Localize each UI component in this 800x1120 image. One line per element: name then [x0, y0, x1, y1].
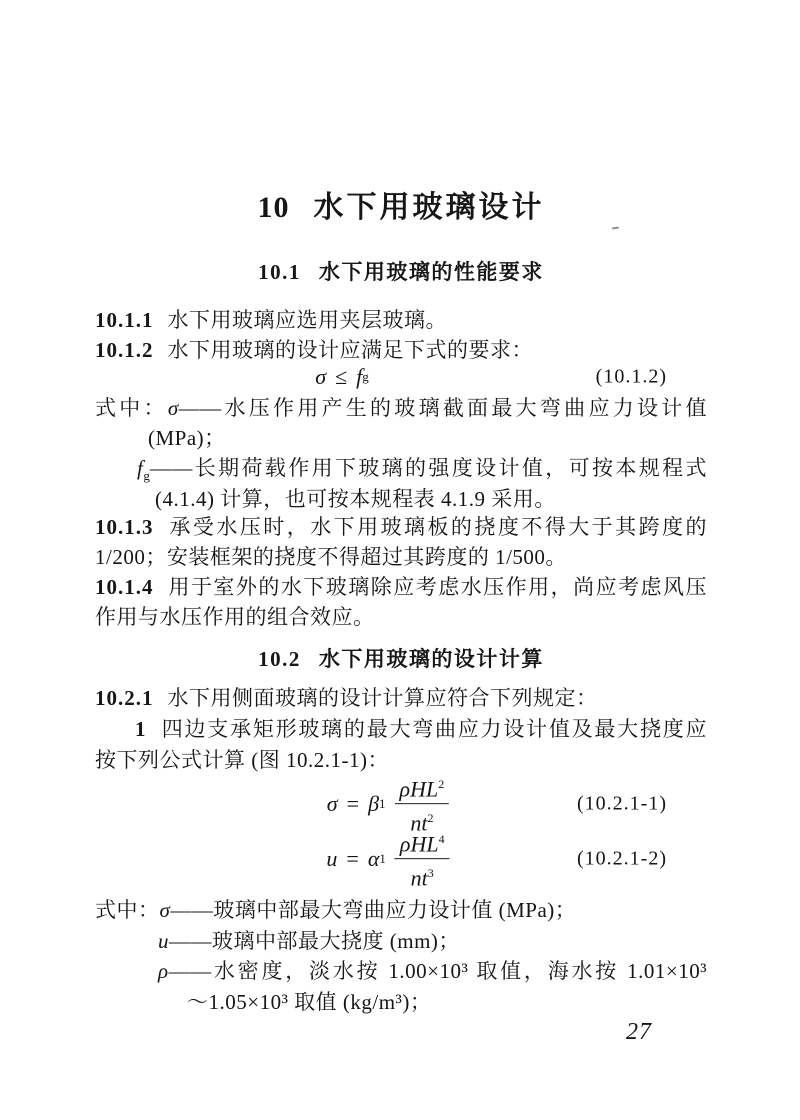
- where-label: 式中：: [95, 396, 168, 420]
- fraction-numerator: ρHL2: [395, 772, 450, 804]
- equals-operator: =: [347, 791, 359, 817]
- formula-10-2-1-1: σ=β1ρHL2nt2 (10.2.1-1): [95, 775, 707, 833]
- where-sigma-line1: 式中：σ——水压作用产生的玻璃截面最大弯曲应力设计值: [95, 395, 707, 422]
- definition-text: ～1.05×10³ 取值 (kg/m³)；: [187, 990, 431, 1014]
- clause-10-1-3-line2: 1/200；安装框架的挠度不得超过其跨度的 1/500。: [95, 544, 707, 571]
- definition-text: 长期荷载作用下玻璃的强度设计值，可按本规程式: [193, 456, 707, 480]
- fraction: ρHL4nt3: [395, 827, 450, 891]
- clause-number: 10.1.2: [95, 338, 154, 362]
- where2-rho-line1: ρ——水密度，淡水按 1.00×10³ 取值，海水按 1.01×10³: [95, 958, 707, 985]
- clause-number: 10.1.4: [95, 575, 154, 599]
- equation-number: (10.1.2): [596, 365, 667, 388]
- clause-text: 承受水压时，水下用玻璃板的挠度不得大于其跨度的: [168, 515, 708, 539]
- clause-text: 水下用侧面玻璃的设计计算应符合下列规定：: [168, 686, 598, 710]
- item-1-line1: 1四边支承矩形玻璃的最大弯曲应力设计值及最大挠度应: [95, 716, 707, 743]
- page-number: 27: [626, 1019, 652, 1046]
- clause-number: 10.1.3: [95, 515, 154, 539]
- equation-number: (10.2.1-1): [577, 793, 667, 816]
- where-fg-line2: (4.1.4) 计算，也可按本规程表 4.1.9 采用。: [95, 486, 707, 513]
- dash: ——: [179, 396, 222, 420]
- definition-text: (MPa)；: [148, 426, 226, 450]
- leq-operator: ≤: [335, 364, 347, 390]
- where-fg-line1: fg——长期荷载作用下玻璃的强度设计值，可按本规程式: [95, 455, 707, 489]
- where-label: 式中：: [95, 898, 160, 922]
- formula-10-2-1-2: u=α1ρHL4nt3 (10.2.1-2): [95, 830, 707, 888]
- section-title: 水下用玻璃的性能要求: [319, 260, 544, 284]
- alpha-subscript: 1: [379, 851, 386, 867]
- fg-subscript: g: [362, 369, 369, 385]
- equals-operator: =: [346, 846, 358, 872]
- numerator-exponent: 2: [438, 777, 444, 791]
- sigma-symbol: σ: [168, 396, 179, 420]
- section-title: 水下用玻璃的设计计算: [319, 647, 544, 671]
- clause-10-1-1: 10.1.1水下用玻璃应选用夹层玻璃。: [95, 307, 707, 334]
- dash: ——: [169, 959, 212, 983]
- where-sigma-line2: (MPa)；: [95, 425, 707, 452]
- formula-expression: σ≤fg: [315, 364, 369, 390]
- clause-10-1-4-line2: 作用与水压作用的组合效应。: [95, 604, 707, 631]
- chapter-number: 10: [258, 191, 290, 224]
- denominator-exponent: 3: [428, 867, 434, 881]
- sigma-symbol: σ: [327, 791, 338, 817]
- numerator-base: ρHL: [400, 777, 439, 802]
- formula-10-1-2: σ≤fg (10.1.2): [95, 363, 707, 390]
- numerator-base: ρHL: [400, 832, 439, 857]
- equation-number: (10.2.1-2): [577, 848, 667, 871]
- clause-text: 水下用玻璃的设计应满足下式的要求：: [168, 338, 534, 362]
- denominator-exponent: 2: [427, 812, 433, 826]
- clause-10-1-2: 10.1.2水下用玻璃的设计应满足下式的要求：: [95, 337, 707, 364]
- rho-symbol: ρ: [158, 959, 169, 983]
- item-text: 四边支承矩形玻璃的最大弯曲应力设计值及最大挠度应: [161, 717, 708, 741]
- section-number: 10.2: [258, 647, 301, 671]
- dash: ——: [169, 929, 212, 953]
- alpha-symbol: α: [368, 846, 380, 872]
- item-number: 1: [135, 717, 147, 741]
- section-number: 10.1: [258, 260, 301, 284]
- definition-text: 玻璃中部最大挠度 (mm)；: [212, 929, 460, 953]
- item-text: 按下列公式计算 (图 10.2.1-1)：: [95, 748, 389, 772]
- sigma-symbol: σ: [160, 898, 171, 922]
- definition-text: 水压作用产生的玻璃截面最大弯曲应力设计值: [222, 396, 707, 420]
- where2-rho-line2: ～1.05×10³ 取值 (kg/m³)；: [95, 989, 707, 1016]
- clause-10-2-1: 10.2.1水下用侧面玻璃的设计计算应符合下列规定：: [95, 685, 707, 712]
- page-content: 10水下用玻璃设计 10.1水下用玻璃的性能要求 10.1.1水下用玻璃应选用夹…: [95, 0, 707, 1120]
- numerator-exponent: 4: [439, 832, 445, 846]
- chapter-heading: 10水下用玻璃设计: [95, 190, 707, 226]
- clause-text: 1/200；安装框架的挠度不得超过其跨度的 1/500。: [95, 545, 567, 569]
- clause-text: 作用与水压作用的组合效应。: [95, 605, 375, 629]
- beta-subscript: 1: [379, 796, 386, 812]
- beta-symbol: β: [368, 791, 379, 817]
- fraction-denominator: nt3: [395, 860, 450, 891]
- clause-10-1-3-line1: 10.1.3承受水压时，水下用玻璃板的挠度不得大于其跨度的: [95, 514, 707, 541]
- sigma-symbol: σ: [315, 364, 326, 390]
- section-10-2-heading: 10.2水下用玻璃的设计计算: [95, 646, 707, 673]
- document-page: 10水下用玻璃设计 10.1水下用玻璃的性能要求 10.1.1水下用玻璃应选用夹…: [0, 0, 800, 1120]
- definition-text: 玻璃中部最大弯曲应力设计值 (MPa)；: [213, 898, 576, 922]
- where2-u-line: u——玻璃中部最大挠度 (mm)；: [95, 928, 707, 955]
- dash: ——: [170, 898, 213, 922]
- item-1-line2: 按下列公式计算 (图 10.2.1-1)：: [95, 747, 707, 774]
- dash: ——: [150, 456, 193, 480]
- formula-expression: u=α1ρHL4nt3: [326, 827, 449, 891]
- clause-10-1-4-line1: 10.1.4用于室外的水下玻璃除应考虑水压作用，尚应考虑风压: [95, 574, 707, 601]
- u-symbol: u: [326, 846, 337, 872]
- clause-text: 用于室外的水下玻璃除应考虑水压作用，尚应考虑风压: [168, 575, 708, 599]
- section-10-1-heading: 10.1水下用玻璃的性能要求: [95, 259, 707, 286]
- definition-text: (4.1.4) 计算，也可按本规程表 4.1.9 采用。: [155, 487, 556, 511]
- definition-text: 水密度，淡水按 1.00×10³ 取值，海水按 1.01×10³: [212, 959, 707, 983]
- clause-number: 10.1.1: [95, 308, 154, 332]
- u-symbol: u: [158, 929, 169, 953]
- fraction-numerator: ρHL4: [395, 827, 450, 859]
- denominator-base: nt: [411, 866, 428, 891]
- clause-number: 10.2.1: [95, 686, 154, 710]
- chapter-title: 水下用玻璃设计: [314, 191, 545, 224]
- clause-text: 水下用玻璃应选用夹层玻璃。: [168, 308, 448, 332]
- where2-sigma-line: 式中：σ——玻璃中部最大弯曲应力设计值 (MPa)；: [95, 897, 707, 924]
